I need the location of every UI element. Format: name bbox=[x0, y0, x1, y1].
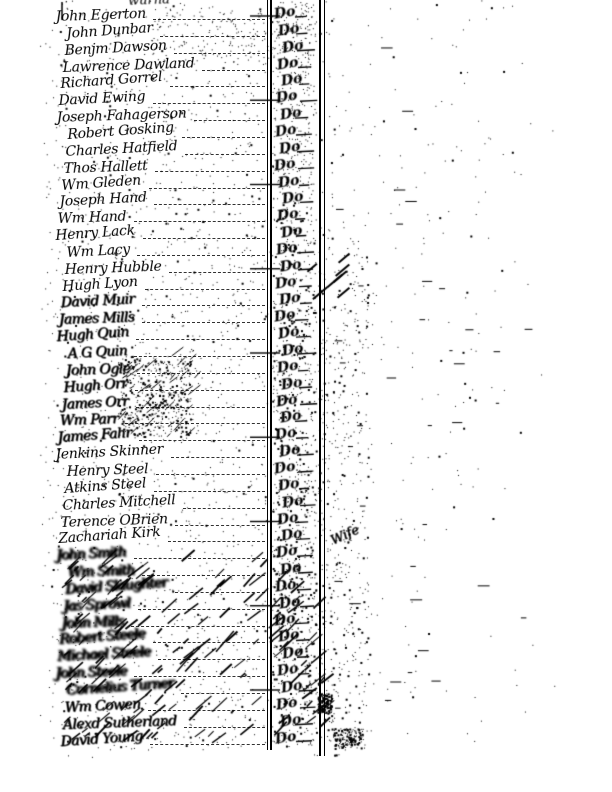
leader-line bbox=[136, 339, 265, 340]
ditto-mark: Do bbox=[276, 357, 300, 376]
leader-line bbox=[170, 86, 265, 87]
entry-row: Cornelius Turner bbox=[67, 682, 266, 699]
leader-line bbox=[145, 289, 265, 290]
ditto-mark: Do bbox=[280, 677, 304, 696]
ditto-mark: Do bbox=[277, 20, 301, 39]
entry-row: Alexd Sutherland bbox=[63, 716, 266, 733]
ditto-mark: Do bbox=[274, 121, 298, 140]
entry-row: David Slaughter bbox=[66, 581, 266, 598]
leader-line bbox=[142, 305, 265, 306]
entry-name: Joseph Hand bbox=[59, 190, 147, 211]
entry-name: John Smith bbox=[56, 545, 126, 565]
entry-row: Zachariah Kirk bbox=[59, 530, 266, 547]
leader-line bbox=[169, 272, 265, 273]
entry-name: Wm Cowen bbox=[64, 696, 140, 716]
entry-row: Henry Steel bbox=[67, 463, 266, 480]
leader-line bbox=[135, 390, 265, 391]
leader-line bbox=[174, 53, 265, 54]
leader-line bbox=[194, 120, 265, 121]
entry-row: Richard Gorrel bbox=[61, 75, 266, 92]
leader-line bbox=[171, 457, 265, 458]
ditto-mark: Do bbox=[275, 694, 299, 713]
entry-row: Jenkins Skinner bbox=[56, 446, 266, 463]
entry-row: Joseph Hand bbox=[60, 193, 266, 210]
entry-name: David Muir bbox=[60, 292, 135, 312]
leader-line bbox=[154, 204, 265, 205]
entry-row: Hugh Quin bbox=[57, 328, 266, 345]
entry-row: James Orr bbox=[62, 396, 266, 413]
leader-line bbox=[138, 609, 265, 610]
ditto-mark: Do bbox=[281, 340, 305, 359]
leader-line bbox=[137, 373, 265, 374]
entry-name: Jas Sprowl bbox=[63, 595, 130, 614]
ditto-mark: Do bbox=[279, 105, 303, 124]
ditto-mark: Do bbox=[273, 307, 297, 326]
ditto-mark: Do bbox=[277, 324, 301, 343]
entry-name: Hugh Quin bbox=[56, 324, 129, 345]
ditto-mark: Do bbox=[273, 155, 297, 174]
entry-row: Hugh Lyon bbox=[63, 278, 266, 295]
leader-line bbox=[155, 171, 265, 172]
entry-row: Charles Hatfield bbox=[66, 143, 266, 160]
leader-line bbox=[175, 525, 265, 526]
column-rule-right-thick bbox=[319, 0, 321, 756]
entry-name: James Orr bbox=[61, 393, 128, 412]
entry-name: Wm Lacy bbox=[66, 242, 130, 261]
ditto-mark: Do bbox=[279, 559, 303, 578]
leader-line bbox=[143, 238, 265, 239]
ditto-mark: Do bbox=[278, 138, 302, 157]
entry-row: Henry Hubble bbox=[65, 261, 266, 278]
column-rule-left-thick bbox=[270, 0, 272, 750]
ditto-mark: Do bbox=[281, 492, 305, 511]
entry-row: Jas Sprowl bbox=[64, 598, 266, 615]
leader-line bbox=[125, 423, 265, 424]
ditto-mark: Do bbox=[278, 442, 302, 461]
scanned-ledger-page: wurna John EgertonJohn DunbarBenjm Dawso… bbox=[0, 0, 612, 792]
column-rule-right-thin bbox=[324, 0, 325, 756]
leader-line bbox=[156, 474, 265, 475]
ditto-mark: Do bbox=[275, 239, 299, 258]
entry-row: Thos Hallett bbox=[64, 160, 266, 177]
leader-line bbox=[153, 19, 265, 20]
ditto-mark: Do bbox=[274, 728, 298, 747]
ditto-mark: Do bbox=[280, 222, 304, 241]
ditto-mark: Do bbox=[273, 3, 297, 22]
leader-line bbox=[183, 508, 265, 509]
ditto-mark: Do bbox=[277, 475, 301, 494]
entry-row: John Dunbar bbox=[67, 25, 266, 42]
leader-line bbox=[175, 592, 265, 593]
column-rule-left-thin bbox=[267, 0, 268, 750]
ditto-mark: Do bbox=[279, 711, 303, 730]
leader-line bbox=[150, 744, 265, 745]
leader-line bbox=[185, 154, 265, 155]
entry-row: John Egerton bbox=[56, 8, 266, 25]
ditto-mark: Do bbox=[274, 576, 298, 595]
entry-name: Michael Steele bbox=[57, 644, 151, 665]
leader-line bbox=[182, 137, 265, 138]
entry-row: John Ogle bbox=[66, 362, 266, 379]
entry-row: Michael Steele bbox=[58, 648, 266, 665]
leader-line bbox=[148, 710, 265, 711]
entry-row: Wm Smith bbox=[68, 564, 266, 581]
leader-line bbox=[136, 407, 265, 408]
ditto-mark: Do bbox=[274, 425, 298, 444]
leader-line bbox=[181, 693, 265, 694]
leader-line bbox=[184, 727, 265, 728]
ditto-mark: Do bbox=[279, 256, 303, 275]
leader-line bbox=[134, 221, 265, 222]
entry-row: Hugh Orr bbox=[64, 379, 266, 396]
ditto-mark: Do bbox=[276, 206, 300, 225]
ditto-mark: Do bbox=[275, 543, 299, 562]
ditto-mark: Do bbox=[278, 593, 302, 612]
ditto-mark: Do bbox=[273, 458, 297, 477]
leader-line bbox=[153, 642, 265, 643]
entry-row: John Smith bbox=[57, 547, 266, 564]
leader-line bbox=[134, 356, 265, 357]
ditto-mark: Do bbox=[280, 374, 304, 393]
leader-line bbox=[202, 70, 265, 71]
entry-name: David Ewing bbox=[58, 89, 145, 110]
entry-name: Hugh Orr bbox=[63, 375, 128, 395]
ditto-mark: Do bbox=[275, 88, 299, 107]
entry-row: Henry Lack bbox=[56, 227, 266, 244]
leader-line bbox=[153, 103, 265, 104]
leader-line bbox=[142, 322, 265, 323]
leader-line bbox=[131, 626, 265, 627]
leader-line bbox=[137, 255, 265, 256]
leader-line bbox=[158, 659, 265, 660]
entry-row: David Young bbox=[61, 733, 266, 750]
entry-name: A G Quin bbox=[67, 343, 127, 362]
margin-note-wife: Wife bbox=[328, 523, 361, 549]
entry-row: A G Quin bbox=[68, 345, 266, 362]
leader-line bbox=[160, 36, 265, 37]
entry-row: Wm Lacy bbox=[67, 244, 266, 261]
leader-line bbox=[149, 188, 265, 189]
entry-row: David Muir bbox=[61, 294, 266, 311]
ditto-mark: Do bbox=[281, 37, 305, 56]
entry-row: Wm Gleden bbox=[62, 177, 266, 194]
leader-line bbox=[134, 558, 265, 559]
entry-row: Robert Steele bbox=[60, 631, 266, 648]
ditto-mark: Do bbox=[276, 661, 300, 680]
leader-line bbox=[168, 541, 265, 542]
